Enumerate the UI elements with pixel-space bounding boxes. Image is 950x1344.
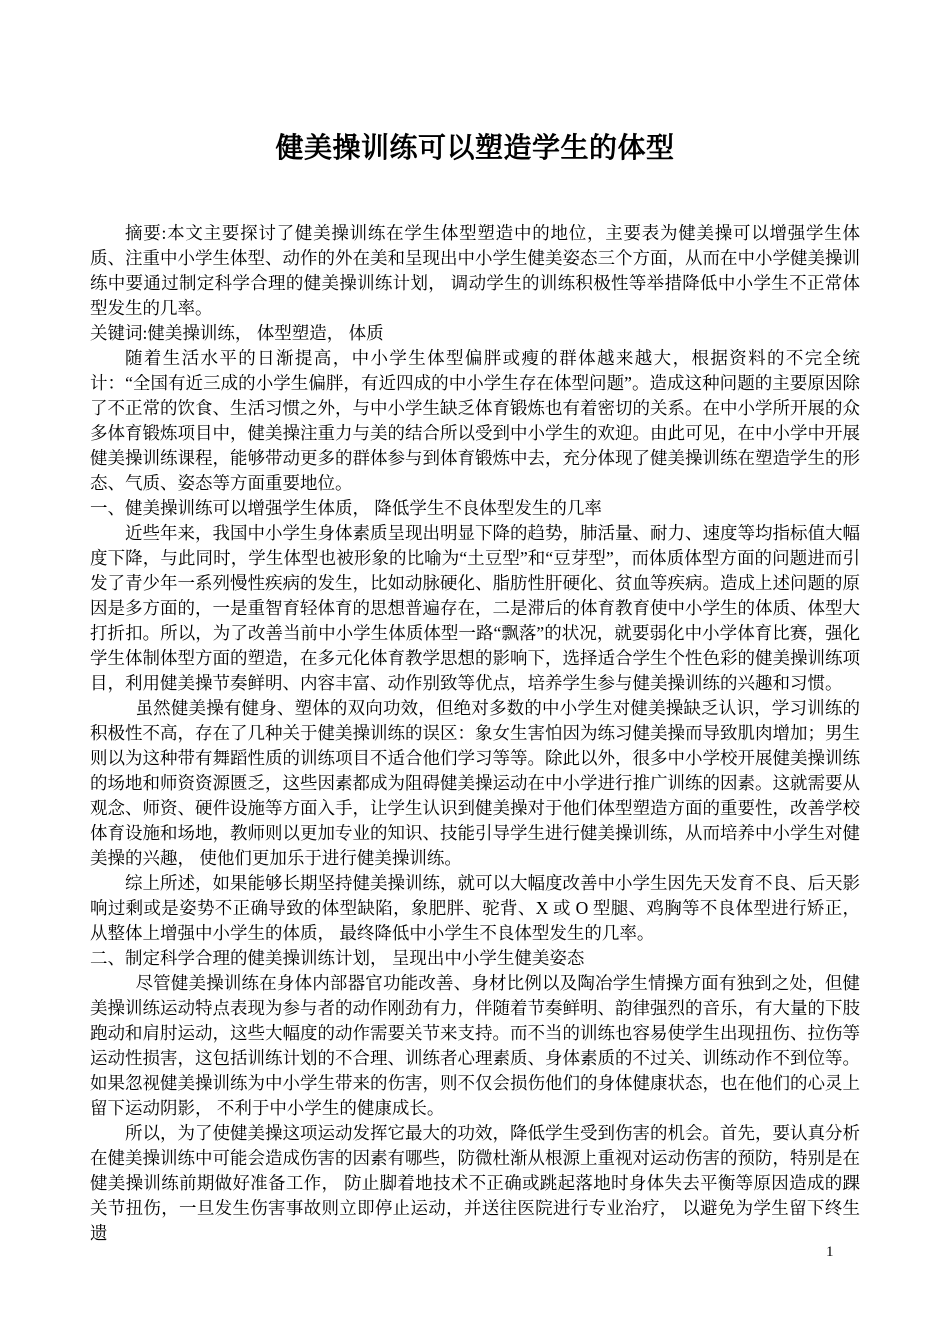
document-title: 健美操训练可以塑造学生的体型 xyxy=(0,128,950,168)
section-1-paragraph-1: 近些年来，我国中小学生身体素质呈现出明显下降的趋势，肺活量、耐力、速度等均指标值… xyxy=(90,521,860,696)
document-body: 摘要:本文主要探讨了健美操训练在学生体型塑造中的地位，主要表为健美操可以增强学生… xyxy=(90,221,860,1246)
section-1-heading: 一、健美操训练可以增强学生体质， 降低学生不良体型发生的几率 xyxy=(90,496,860,521)
abstract-paragraph: 摘要:本文主要探讨了健美操训练在学生体型塑造中的地位，主要表为健美操可以增强学生… xyxy=(90,221,860,321)
section-2-heading: 二、制定科学合理的健美操训练计划， 呈现出中小学生健美姿态 xyxy=(90,946,860,971)
keywords-line: 关键词:健美操训练， 体型塑造， 体质 xyxy=(90,321,860,346)
section-1-paragraph-2: 虽然健美操有健身、塑体的双向功效，但绝对多数的中小学生对健美操缺乏认识，学习训练… xyxy=(90,696,860,871)
page-number: 1 xyxy=(826,1242,834,1262)
intro-paragraph: 随着生活水平的日渐提高，中小学生体型偏胖或瘦的群体越来越大，根据资料的不完全统计… xyxy=(90,346,860,496)
section-2-paragraph-1: 尽管健美操训练在身体内部器官功能改善、身材比例以及陶冶学生情操方面有独到之处，但… xyxy=(90,971,860,1121)
section-1-paragraph-3: 综上所述，如果能够长期坚持健美操训练，就可以大幅度改善中小学生因先天发育不良、后… xyxy=(90,871,860,946)
document-page: 健美操训练可以塑造学生的体型 摘要:本文主要探讨了健美操训练在学生体型塑造中的地… xyxy=(0,0,950,1344)
section-2-paragraph-2: 所以，为了使健美操这项运动发挥它最大的功效，降低学生受到伤害的机会。首先，要认真… xyxy=(90,1121,860,1246)
